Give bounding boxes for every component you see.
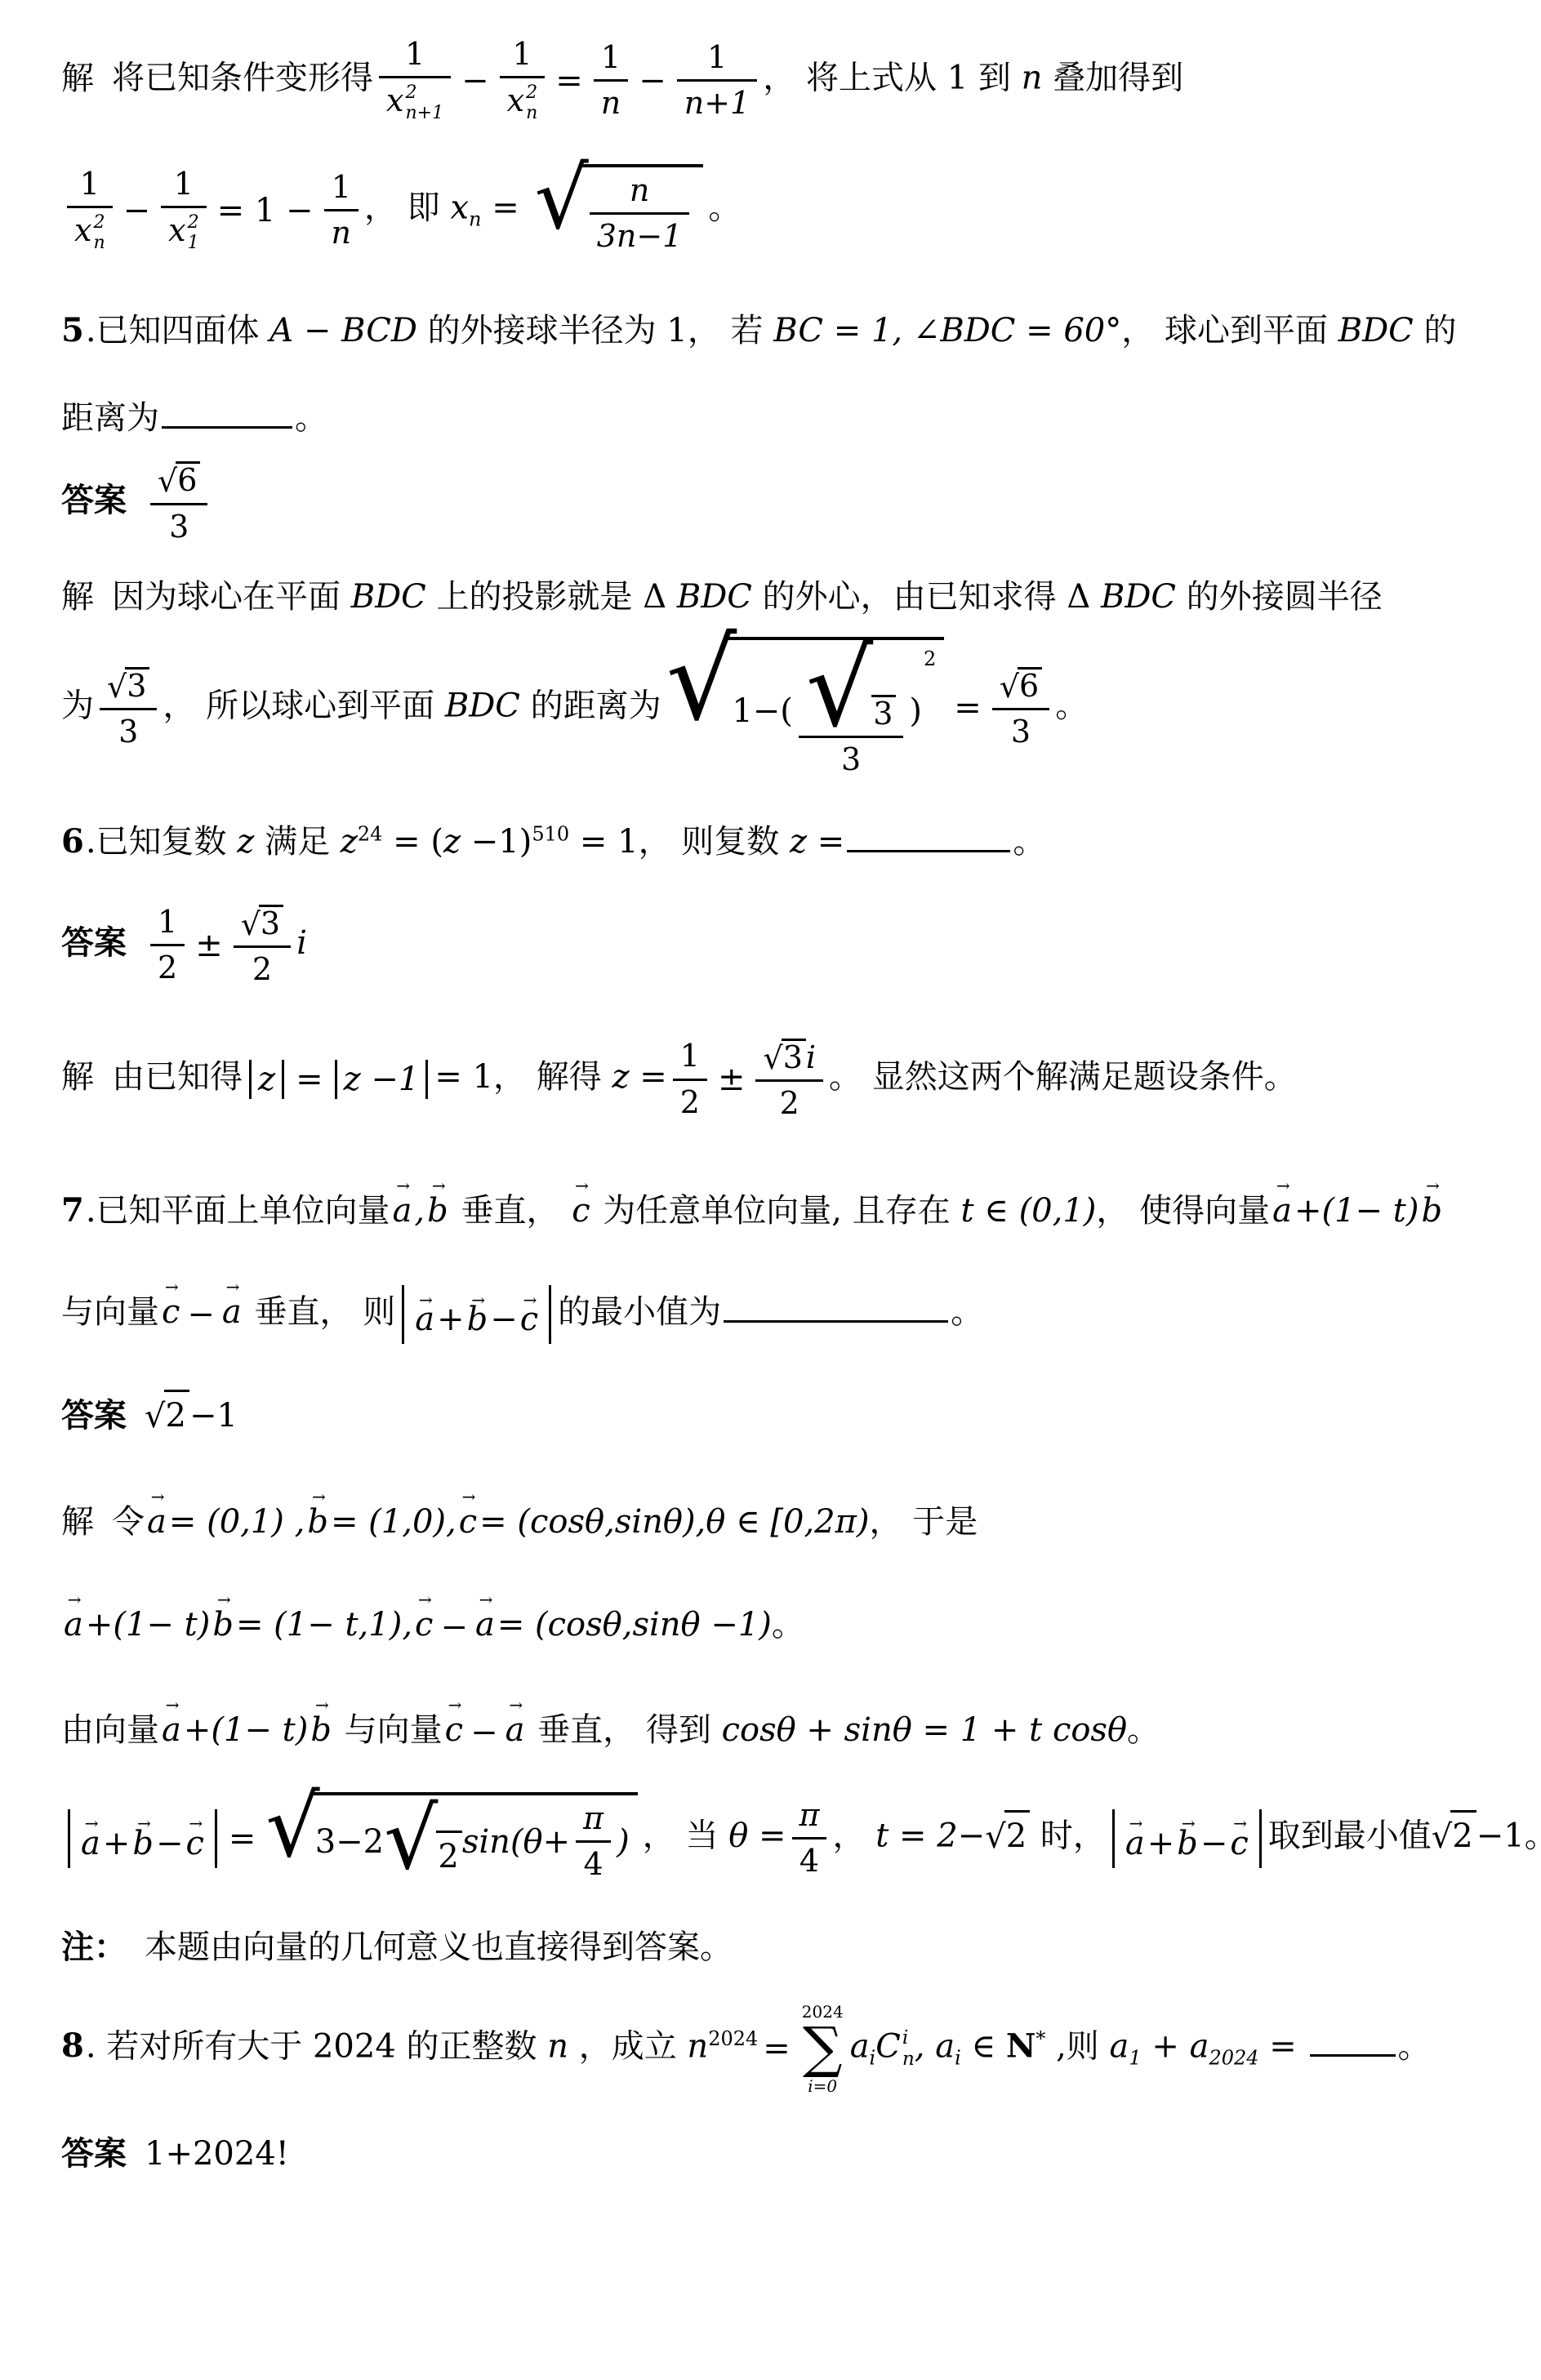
math-run: t ∈ (0,1) (960, 1192, 1096, 1230)
problem-7-line-2: 与向量→c−→a 垂直， 则→a+→b−→c的最小值为。 (61, 1262, 1492, 1344)
text-run: 取到最小值 (1268, 1817, 1432, 1855)
absolute-value: z (249, 1060, 284, 1099)
text-run: 距离为 (61, 399, 159, 437)
operator: − (187, 1291, 215, 1338)
frac-numerator: 1 (67, 166, 113, 208)
text-run: 为 (61, 687, 94, 724)
vector-arrow-icon: → (68, 1591, 82, 1608)
frac-numerator: 1 (161, 166, 206, 208)
vector-letter: b (212, 1606, 234, 1644)
supsub: 2n (93, 213, 105, 253)
sqrt: √2 (985, 1810, 1030, 1860)
subscript: i (955, 2046, 961, 2069)
vector: →a (81, 1826, 100, 1862)
radicand: 3 (871, 695, 896, 731)
math-run: z (258, 1061, 275, 1097)
answer-label: 答案 (61, 1396, 127, 1435)
vector: →c (186, 1826, 204, 1862)
frac-numerator: n (590, 172, 690, 215)
vector-arrow-icon: → (315, 1697, 329, 1713)
math-run: z (790, 823, 807, 861)
math-run: , (414, 1192, 425, 1230)
text-run: = (1259, 2027, 1307, 2065)
vector: →b (467, 1301, 488, 1337)
frac-denominator: 2 (234, 948, 291, 988)
sqrt: √3 (107, 667, 149, 703)
superscript: 2 (526, 83, 537, 104)
operator: − (1200, 1826, 1228, 1862)
text-run: 。 显然这两个解满足题设条件。 (829, 1058, 1297, 1096)
vector: →b (212, 1601, 234, 1648)
frac-numerator: 1 (500, 36, 546, 78)
text-run: 。 (951, 1293, 983, 1331)
vector: →a (506, 1706, 525, 1754)
text-run: 与向量 (61, 1293, 159, 1331)
frac-numerator: √3i (755, 1037, 823, 1082)
vector-arrow-icon: → (189, 1815, 203, 1831)
frac-denominator: 3n−1 (590, 215, 690, 255)
subscript: n (526, 104, 537, 124)
fraction: 1x21 (161, 166, 206, 255)
vector-arrow-icon: → (396, 1177, 410, 1194)
sqrt: √3 (241, 905, 283, 941)
superscript: 2 (93, 213, 105, 234)
operator: = (763, 2025, 791, 2072)
math-run: ) (909, 687, 922, 735)
text-run: = (630, 1058, 667, 1096)
vector-arrow-icon: → (418, 1591, 432, 1608)
vector: →a (162, 1706, 181, 1754)
vector-arrow-icon: → (165, 1279, 179, 1295)
solution-6-line: 解由已知得z=z −1= 1， 解得 z =12±√3i2。 显然这两个解满足题… (61, 1037, 1492, 1122)
text-run: −1 (189, 1397, 238, 1435)
solution-line-2: 1x2n−1x21= 1 −1n， 即 xn = √n3n−1。 (61, 164, 1492, 256)
operator: − (440, 1604, 468, 1651)
vector: →a (393, 1187, 412, 1234)
vector: →a (1125, 1826, 1145, 1862)
answer-blank (724, 1288, 948, 1323)
supsub: 2n (526, 83, 537, 123)
operator: = (555, 57, 583, 105)
vector: →c (445, 1706, 463, 1754)
text-run: 叠加得到 (1042, 60, 1183, 97)
text-run: ， 球心到平面 (1121, 312, 1338, 349)
operator: − (461, 57, 489, 105)
vector-arrow-icon: → (1426, 1177, 1440, 1194)
math-run: BC = 1, ∠BDC = 60° (773, 312, 1121, 349)
vector-letter: b (310, 1711, 332, 1749)
frac-denominator: 4 (576, 1843, 611, 1883)
frac-numerator: √3 (799, 645, 904, 738)
radical-sign-icon: √ (985, 1813, 1006, 1861)
math-run: BDC (351, 578, 426, 616)
text-run: ， (832, 1817, 875, 1855)
absolute-value: →a+→b−→c (68, 1809, 217, 1868)
math-run: ) (617, 1818, 630, 1866)
text-run: 的外心，由已知求得 Δ (752, 578, 1101, 616)
text-run: 上的投影就是 Δ (426, 578, 677, 616)
problem-8-line: 8. 若对所有大于 2024 的正整数 n ，成立 n2024 =2024∑i=… (61, 2004, 1492, 2094)
frac-denominator: 3 (150, 505, 207, 545)
radical-sign-icon: √ (763, 1042, 782, 1075)
math-run: z (443, 823, 461, 861)
solve-label: 解 (61, 1503, 94, 1541)
fraction: √32 (234, 903, 291, 988)
plus-minus-operator: ± (718, 1056, 746, 1103)
radical-sign-icon: √ (1000, 670, 1019, 704)
radical-sign-icon: √ (145, 1393, 166, 1440)
answer-5-line: 答案√63 (61, 460, 1492, 545)
operator: − (156, 1826, 184, 1862)
text-run: 垂直， (451, 1192, 569, 1230)
answer-label: 答案 (61, 923, 127, 962)
text-run: 垂直， 得到 (527, 1711, 721, 1749)
frac-numerator: 1 (594, 39, 628, 82)
operator: + (103, 1826, 131, 1862)
subscript: n (902, 2049, 915, 2070)
text-run: 1+2024! (145, 2135, 289, 2173)
frac-numerator: π (792, 1797, 827, 1839)
superscript: * (1035, 2027, 1045, 2050)
math-run: x (74, 212, 91, 248)
solve-label: 解 (61, 60, 94, 97)
text-run: 。 (772, 1606, 804, 1644)
answer-8-line: 答案1+2024! (61, 2130, 1492, 2178)
vector-arrow-icon: → (419, 1292, 433, 1308)
math-run: −1 (1476, 1817, 1525, 1855)
subscript: 1 (188, 234, 199, 254)
supsub: 2n+1 (405, 83, 443, 123)
vector: →a (222, 1288, 242, 1336)
math-run: i (806, 1039, 816, 1075)
frac-numerator: 1 (379, 36, 451, 78)
vector-letter: b (427, 1192, 448, 1230)
math-run: 3−2 (315, 1818, 384, 1866)
math-run: n (1022, 60, 1043, 97)
vector: →a (475, 1601, 495, 1648)
math-run: i (296, 924, 307, 962)
frac-numerator: √6 (992, 665, 1049, 710)
problem-7-line-1: 7.已知平面上单位向量→a,→b 垂直， →c 为任意单位向量, 且存在 t ∈… (61, 1164, 1492, 1234)
text-run: 为任意单位向量, 且存在 (593, 1192, 961, 1230)
math-run: n (547, 2027, 568, 2065)
text-run: 令 (112, 1503, 145, 1541)
text-run: = 1， 则复数 (569, 823, 790, 861)
solution-7-line-4: →a+→b−→c=√3−2√2sin(θ+π4)， 当 θ =π4， t = 2… (61, 1792, 1492, 1884)
math-run: , (915, 2027, 935, 2065)
frac-denominator: n (324, 211, 359, 251)
frac-denominator: 4 (792, 1839, 827, 1880)
solution-line-1: 解将已知条件变形得1x2n+1−1x2n=1n−1n+1， 将上式从 1 到 n… (61, 36, 1492, 125)
text-run: 。 (1055, 687, 1088, 724)
absolute-value: →a+→b−→c (1112, 1809, 1262, 1868)
math-run: = (cosθ,sinθ −1) (497, 1606, 772, 1644)
subscript: 2024 (1209, 2046, 1258, 2069)
text-run: 的外接圆半径 (1176, 578, 1383, 616)
vector-letter: b (307, 1503, 328, 1541)
supsub: 21 (188, 213, 199, 253)
fraction: √63 (150, 460, 207, 545)
solution-5-line-1: 解因为球心在平面 BDC 上的投影就是 Δ BDC 的外心，由已知求得 Δ BD… (61, 573, 1492, 621)
fraction: 12 (673, 1038, 707, 1120)
fraction: π4 (792, 1797, 827, 1880)
radical-sign-icon: √ (806, 647, 873, 732)
vector-letter: a (64, 1606, 83, 1644)
text-run: 。 (708, 189, 741, 227)
fraction: 1n+1 (677, 39, 758, 122)
text-run: = (807, 823, 844, 861)
radicand: n3n−1 (581, 164, 704, 256)
text-run: 本题由向量的几何意义也直接得到答案。 (145, 1928, 733, 1966)
vector: →c (572, 1187, 590, 1234)
superscript: 2 (405, 83, 416, 104)
vector-letter: a (222, 1293, 242, 1331)
solve-label: 解 (61, 578, 94, 616)
text-run: = ( (382, 823, 443, 861)
frac-denominator: 2 (150, 946, 185, 986)
vector-arrow-icon: → (509, 1697, 523, 1713)
math-run: x (168, 212, 185, 248)
vector: →c (415, 1601, 433, 1648)
text-run: = 1， 解得 (434, 1058, 612, 1096)
superscript: 2 (924, 645, 936, 674)
vector-arrow-icon: → (137, 1815, 151, 1831)
radicand: 3 (125, 667, 149, 703)
vector-letter: a (506, 1711, 525, 1749)
radicand: 6 (176, 461, 200, 497)
subscript: n (469, 208, 481, 231)
frac-denominator: x21 (161, 208, 206, 255)
sqrt: √3−2√2sin(θ+π4) (265, 1792, 637, 1884)
vector-letter: a (393, 1192, 412, 1230)
math-run: t = 2− (875, 1817, 985, 1855)
math-run: A − BCD (269, 312, 417, 349)
math-run: x (507, 82, 524, 118)
fraction: √63 (992, 665, 1049, 750)
vector: →b (310, 1706, 332, 1754)
operator: − (490, 1301, 518, 1337)
answer-7-line: 答案√2−1 (61, 1390, 1492, 1439)
problem-number: 5 (61, 311, 84, 349)
frac-numerator: 1 (150, 904, 185, 946)
superscript: 2024 (708, 2027, 758, 2050)
frac-denominator: x2n (67, 208, 113, 255)
sqrt: √n3n−1 (534, 164, 703, 256)
operator: − (470, 1709, 498, 1756)
frac-denominator: 3 (992, 710, 1049, 750)
problem-6-line: 6.已知复数 z 满足 z24 = (z −1)510 = 1， 则复数 z =… (61, 817, 1492, 865)
text-run: 由向量 (61, 1711, 159, 1749)
frac-denominator: 2 (673, 1081, 707, 1121)
text-run: 的外接球半径为 1， 若 (417, 312, 773, 349)
math-run: z −1 (344, 1061, 420, 1097)
math-base: a (1190, 2027, 1209, 2065)
math-run: cosθ + sinθ = 1 + t cosθ (722, 1711, 1127, 1749)
radicand: 2 (1450, 1810, 1476, 1860)
fraction: n3n−1 (590, 172, 690, 255)
fraction: √33 (100, 665, 157, 750)
sigma-icon: ∑ (803, 2022, 843, 2075)
sqrt: √2 (145, 1390, 189, 1439)
math-base: a (935, 2027, 955, 2065)
fraction: 1x2n (67, 166, 113, 255)
solution-7-line-3: 由向量→a+(1− t)→b 与向量→c−→a 垂直， 得到 cosθ + si… (61, 1684, 1492, 1756)
radicand: 3−2√2sin(θ+π4) (312, 1792, 638, 1884)
note-label: 注： (61, 1928, 127, 1966)
vector: →a (1272, 1187, 1292, 1234)
problem-number: 8 (61, 2026, 84, 2065)
vector-arrow-icon: → (471, 1292, 485, 1308)
sqrt: √3 (806, 647, 897, 731)
text-run: ， 将上式从 1 到 (763, 60, 1021, 97)
math-run: sin(θ+ (462, 1818, 570, 1866)
vector-letter: c (162, 1293, 180, 1331)
vector: →b (132, 1826, 154, 1862)
text-run: 因为球心在平面 (112, 578, 351, 616)
radicand: 3 (782, 1039, 806, 1074)
document-page: { "sym": {"sqrt": "√", "arrow": "→", "su… (0, 0, 1541, 2380)
vector-letter: c (459, 1503, 477, 1541)
vector: →c (459, 1498, 477, 1546)
text-run: ，成立 (568, 2027, 687, 2065)
math-base: z (341, 823, 358, 861)
vector-arrow-icon: → (479, 1591, 493, 1608)
vector-letter: a (147, 1503, 167, 1541)
radical-sign-icon: √ (158, 465, 177, 498)
radicand: 3 (259, 905, 283, 941)
operator: = 1 − (217, 187, 314, 234)
vector-letter: c (445, 1711, 463, 1749)
math-base: a (850, 2027, 870, 2065)
frac-numerator: √3 (234, 903, 291, 948)
math-run: +(1− t) (86, 1606, 210, 1644)
vector: →a (415, 1301, 434, 1337)
fraction: π4 (576, 1800, 611, 1883)
frac-numerator: 1 (677, 39, 758, 82)
math-run: = (0,1) , (169, 1503, 305, 1541)
radical-sign-icon: √ (384, 1804, 438, 1874)
fraction: 1n (324, 169, 359, 251)
sqrt: √3 (763, 1039, 805, 1074)
fraction: 12 (150, 904, 185, 986)
vector-arrow-icon: → (85, 1815, 99, 1831)
frac-denominator: x2n+1 (379, 78, 451, 125)
text-run: ， 当 (643, 1817, 728, 1855)
radical-sign-icon: √ (241, 908, 261, 941)
operator: + (1147, 1826, 1175, 1862)
solution-7-line-1: 解令→a= (0,1) ,→b= (1,0),→c= (cosθ,sinθ),θ… (61, 1475, 1492, 1546)
math-base: a (1110, 2027, 1129, 2065)
math-run: = (1− t,1), (236, 1606, 412, 1644)
answer-blank (162, 394, 292, 429)
superscript: i (902, 2027, 908, 2049)
text-run: 由已知得 (112, 1058, 243, 1096)
vector-letter: c (415, 1606, 433, 1644)
math-run: z (612, 1058, 629, 1096)
math-run: x (386, 82, 403, 118)
math-base: C (875, 2027, 901, 2065)
frac-denominator: x2n (500, 78, 546, 125)
fraction: 1n (594, 39, 628, 122)
math-run: +(1− t) (1294, 1192, 1419, 1230)
text-run: 将已知条件变形得 (112, 60, 373, 97)
sqrt: √2 (1432, 1810, 1476, 1860)
math-run: = (cosθ,sinθ),θ ∈ [0,2π) (479, 1503, 869, 1541)
vector: →b (427, 1187, 448, 1234)
vector: →a (64, 1601, 83, 1648)
sqrt: √2 (384, 1804, 462, 1880)
math-run: BDC (1338, 312, 1414, 349)
vector-letter: a (162, 1711, 181, 1749)
superscript: 510 (532, 823, 569, 846)
superscript: 2 (188, 213, 199, 234)
vector-letter: a (1272, 1192, 1292, 1230)
vector: →c (520, 1301, 538, 1337)
frac-denominator: n (594, 82, 628, 122)
text-run: ， 即 (364, 189, 450, 227)
problem-5-line-2: 距离为。 (61, 394, 1492, 442)
vector-arrow-icon: → (462, 1488, 476, 1505)
math-base: n (687, 2027, 708, 2065)
text-run: ,则 (1045, 2027, 1109, 2065)
text-run: ， 于是 (870, 1503, 978, 1541)
plus-minus-operator: ± (195, 922, 223, 969)
operator: = (229, 1815, 256, 1862)
frac-numerator: 1 (673, 1038, 707, 1080)
vector-letter: b (1421, 1192, 1442, 1230)
frac-numerator: 1 (324, 169, 359, 211)
radicand: 6 (1018, 667, 1042, 703)
text-run: .已知复数 (86, 823, 237, 861)
vector-arrow-icon: → (151, 1488, 165, 1505)
vector-letter: c (572, 1192, 590, 1230)
supsub: in (902, 2027, 915, 2070)
absolute-value: z −1 (335, 1060, 429, 1099)
math-run: z (237, 823, 254, 861)
vector-arrow-icon: → (523, 1292, 537, 1308)
vector-letter: a (475, 1606, 495, 1644)
text-run: 满足 (254, 823, 340, 861)
vector: →c (162, 1288, 180, 1336)
subscript: 1 (1129, 2046, 1141, 2069)
math-base: N (1006, 2026, 1036, 2065)
text-run: 的距离为 (520, 687, 661, 724)
answer-label: 答案 (61, 481, 127, 519)
vector: →c (1230, 1826, 1248, 1862)
text-run: ， 所以球心到平面 (163, 687, 444, 724)
math-run: +(1− t) (184, 1711, 308, 1749)
text-run: 。 (295, 399, 327, 437)
text-run: −1) (461, 823, 532, 861)
text-run: ， 使得向量 (1096, 1192, 1270, 1230)
frac-denominator: n+1 (677, 82, 758, 122)
operator: + (437, 1301, 465, 1337)
problem-number: 6 (61, 822, 84, 861)
text-run: 。 (1398, 2027, 1431, 2065)
sum-lower-limit: i=0 (808, 2078, 837, 2094)
vector-arrow-icon: → (575, 1177, 589, 1194)
text-run: 的 (1414, 312, 1457, 349)
answer-6-line: 答案12±√32i (61, 903, 1492, 988)
text-run: 时， (1030, 1817, 1106, 1855)
vector: →b (1177, 1826, 1198, 1862)
problem-number: 7 (61, 1191, 84, 1230)
solution-5-line-2: 为√33， 所以球心到平面 BDC 的距离为√1−(√33)2=√63。 (61, 637, 1492, 780)
text-run: .已知平面上单位向量 (86, 1192, 390, 1230)
text-run: ∈ (961, 2027, 1006, 2065)
vector-arrow-icon: → (1276, 1177, 1290, 1194)
math-run: = (1,0), (331, 1503, 457, 1541)
